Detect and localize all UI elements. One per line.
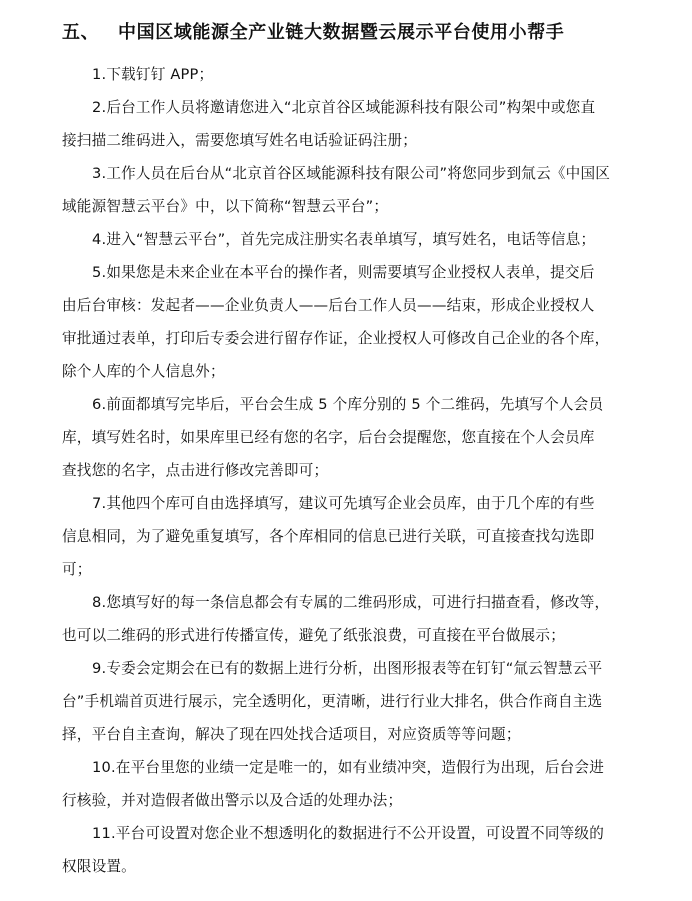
section-title: 中国区域能源全产业链大数据暨云展示平台使用小帮手 xyxy=(118,22,564,43)
item-11-line-1: 11.平台可设置对您企业不想透明化的数据进行不公开设置，可设置不同等级的 xyxy=(92,821,672,847)
item-6-line-3: 查找您的名字，点击进行修改完善即可； xyxy=(62,458,642,484)
item-11-line-2: 权限设置。 xyxy=(62,854,642,880)
item-5-line-1: 5.如果您是未来企业在本平台的操作者，则需要填写企业授权人表单，提交后 xyxy=(92,260,672,286)
item-7-line-2: 信息相同，为了避免重复填写，各个库相同的信息已进行关联，可直接查找勾选即 xyxy=(62,524,642,550)
item-5-line-3: 审批通过表单，打印后专委会进行留存作证，企业授权人可修改自己企业的各个库， xyxy=(62,326,642,352)
item-6-line-1: 6.前面都填写完毕后，平台会生成 5 个库分别的 5 个二维码，先填写个人会员 xyxy=(92,392,672,418)
item-9-line-3: 择，平台自主查询，解决了现在四处找合适项目，对应资质等等问题； xyxy=(62,722,642,748)
item-4-line-1: 4.进入“智慧云平台”，首先完成注册实名表单填写，填写姓名，电话等信息； xyxy=(92,227,672,253)
item-9-line-1: 9.专委会定期会在已有的数据上进行分析，出图形报表等在钉钉“氚云智慧云平 xyxy=(92,656,672,682)
item-5-line-4: 除个人库的个人信息外； xyxy=(62,359,642,385)
item-9-line-2: 台”手机端首页进行展示，完全透明化，更清晰，进行行业大排名，供合作商自主选 xyxy=(62,689,642,715)
item-8-line-2: 也可以二维码的形式进行传播宣传，避免了纸张浪费，可直接在平台做展示； xyxy=(62,623,642,649)
item-3-line-2: 域能源智慧云平台》中，以下简称“智慧云平台”； xyxy=(62,194,642,220)
item-7-line-1: 7.其他四个库可自由选择填写，建议可先填写企业会员库，由于几个库的有些 xyxy=(92,491,672,517)
section-number: 五、 xyxy=(62,18,118,48)
item-2-line-2: 接扫描二维码进入，需要您填写姓名电话验证码注册； xyxy=(62,128,642,154)
item-1-line-1: 1.下载钉钉 APP； xyxy=(92,62,672,88)
item-10-line-2: 行核验，并对造假者做出警示以及合适的处理办法； xyxy=(62,788,642,814)
item-10-line-1: 10.在平台里您的业绩一定是唯一的，如有业绩冲突，造假行为出现，后台会进 xyxy=(92,755,672,781)
item-2-line-1: 2.后台工作人员将邀请您进入“北京首谷区域能源科技有限公司”构架中或您直 xyxy=(92,95,672,121)
document-page: 五、中国区域能源全产业链大数据暨云展示平台使用小帮手 1.下载钉钉 APP； 2… xyxy=(0,0,692,901)
item-8-line-1: 8.您填写好的每一条信息都会有专属的二维码形成，可进行扫描查看，修改等， xyxy=(92,590,672,616)
item-3-line-1: 3.工作人员在后台从“北京首谷区域能源科技有限公司”将您同步到氚云《中国区 xyxy=(92,161,672,187)
item-7-line-3: 可； xyxy=(62,557,642,583)
item-5-line-2: 由后台审核：发起者——企业负责人——后台工作人员——结束，形成企业授权人 xyxy=(62,293,642,319)
section-heading: 五、中国区域能源全产业链大数据暨云展示平台使用小帮手 xyxy=(62,18,564,48)
item-6-line-2: 库，填写姓名时，如果库里已经有您的名字，后台会提醒您，您直接在个人会员库 xyxy=(62,425,642,451)
